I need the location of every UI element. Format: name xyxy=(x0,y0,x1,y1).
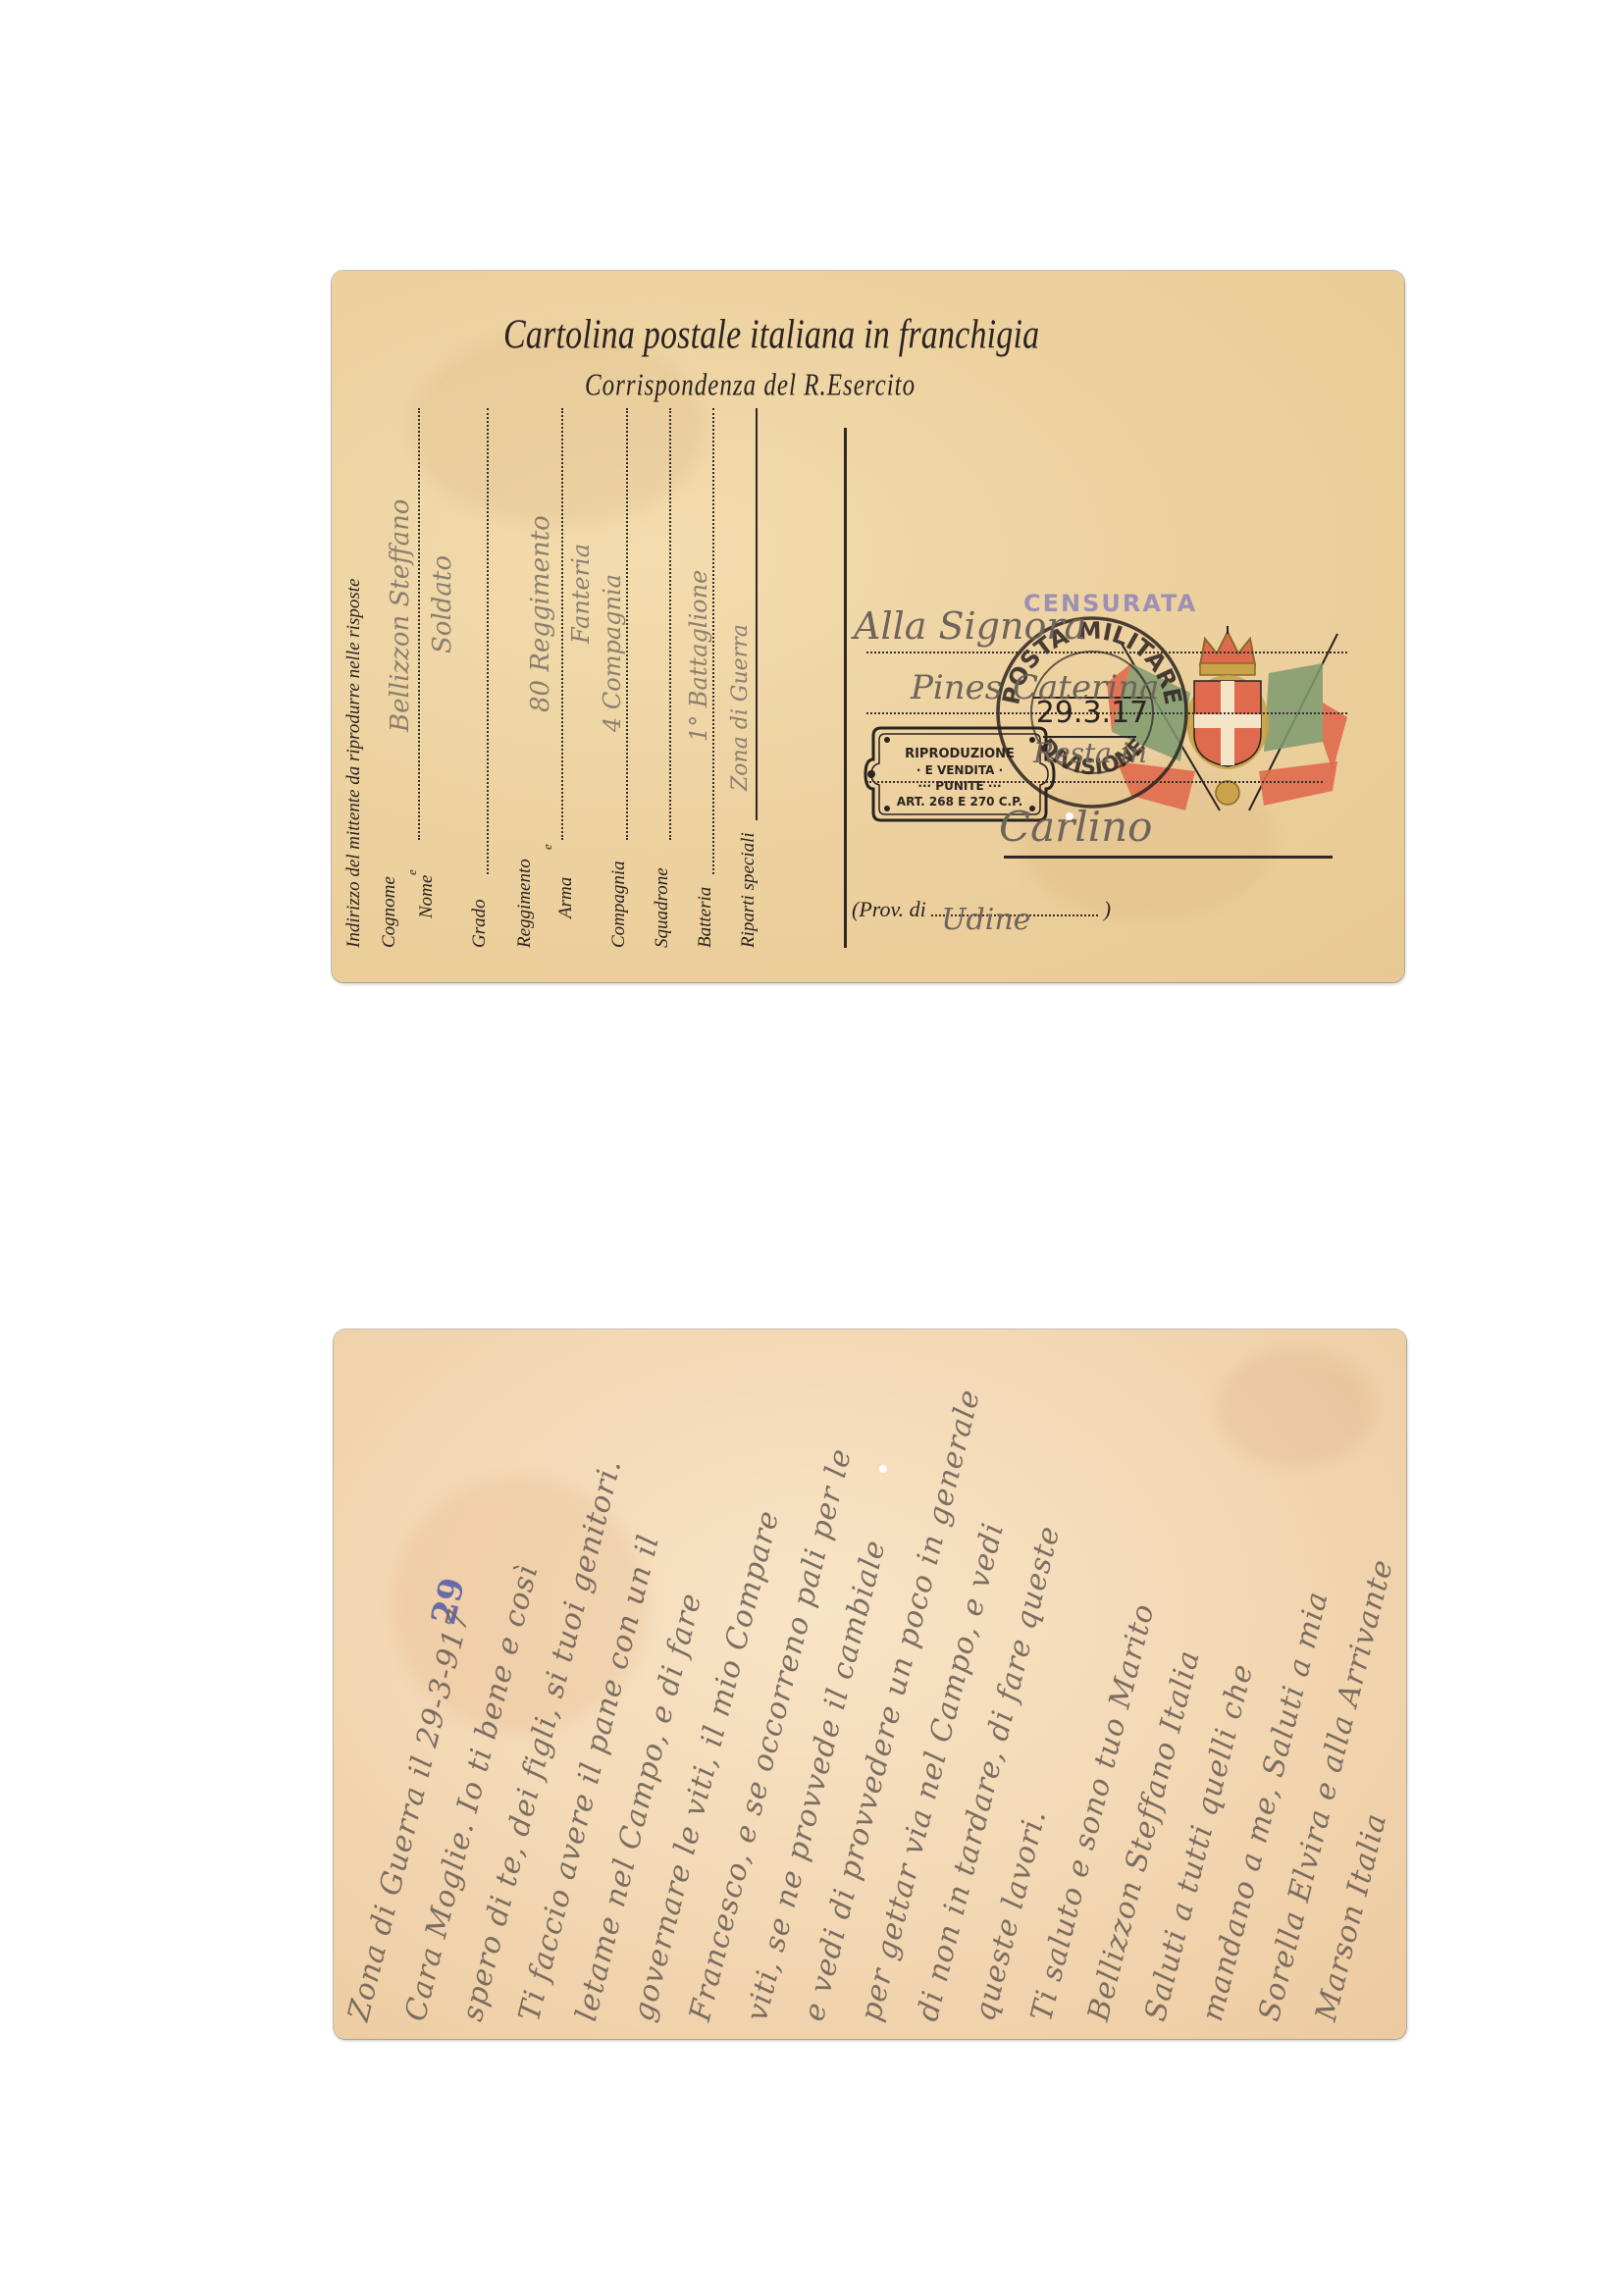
recipient-city: Carlino xyxy=(999,803,1152,851)
field-value-arma: Fanteria xyxy=(567,544,595,644)
field-label-cognome: Cognome xyxy=(379,876,400,948)
province-label: (Prov. di Udine ) xyxy=(852,897,1111,922)
punch-hole xyxy=(879,1465,887,1473)
province-suffix: ) xyxy=(1104,897,1111,921)
punch-hole xyxy=(1066,812,1073,820)
address-line xyxy=(866,781,1323,783)
field-line-grado xyxy=(487,408,489,874)
field-label-arma: Arma xyxy=(555,877,577,918)
field-label-batteria: Batteria xyxy=(695,887,716,948)
address-line xyxy=(866,712,1347,714)
sender-address-block: Indirizzo del mittente da riprodurre nel… xyxy=(332,271,842,982)
field-value-riparti: Zona di Guerra xyxy=(728,624,753,791)
field-label-compagnia: Compagnia xyxy=(608,861,630,948)
province-prefix: (Prov. di xyxy=(852,897,926,921)
recipient-line-1: Alla Signora xyxy=(854,604,1086,648)
field-label-riparti: Riparti speciali xyxy=(738,832,759,948)
recipient-line-3: Resta in xyxy=(1033,737,1147,769)
paper-stain xyxy=(1217,1349,1374,1467)
field-line-riparti xyxy=(756,408,758,820)
recipient-line-2: Pines Caterina xyxy=(911,668,1159,707)
field-value-cognome: Bellizzon Steffano xyxy=(386,499,415,732)
field-label-nome: Nome xyxy=(416,875,438,918)
column-divider xyxy=(844,428,847,948)
field-line-squadrone xyxy=(669,408,671,840)
field-value-nome: Soldato xyxy=(428,555,457,653)
field-value-batteria: 1° Battaglione xyxy=(685,570,712,742)
province-value: Udine xyxy=(941,903,1030,937)
province-field: Udine xyxy=(931,914,1098,916)
field-line-compagnia xyxy=(626,408,628,840)
field-label-e: e xyxy=(540,844,555,850)
field-value-reggimento: 80 Reggimento xyxy=(526,515,555,712)
field-value-compagnia: 4 Compagnia xyxy=(599,574,626,732)
address-line xyxy=(866,652,1347,653)
field-line-nome xyxy=(418,408,420,840)
field-line-batteria xyxy=(712,408,714,874)
city-underline xyxy=(1004,856,1333,859)
field-label-grado: Grado xyxy=(469,899,491,948)
field-label-reggimento: Reggimento xyxy=(514,859,536,948)
postcard-back: 29 Zona di Guerra il 29-3-917Cara Moglie… xyxy=(334,1330,1406,2039)
field-line-reggimento xyxy=(561,408,563,840)
postcard-front: Cartolina postale italiana in franchigia… xyxy=(332,271,1404,982)
field-label-squadrone: Squadrone xyxy=(652,867,673,948)
sender-header: Indirizzo del mittente da riprodurre nel… xyxy=(343,579,365,948)
